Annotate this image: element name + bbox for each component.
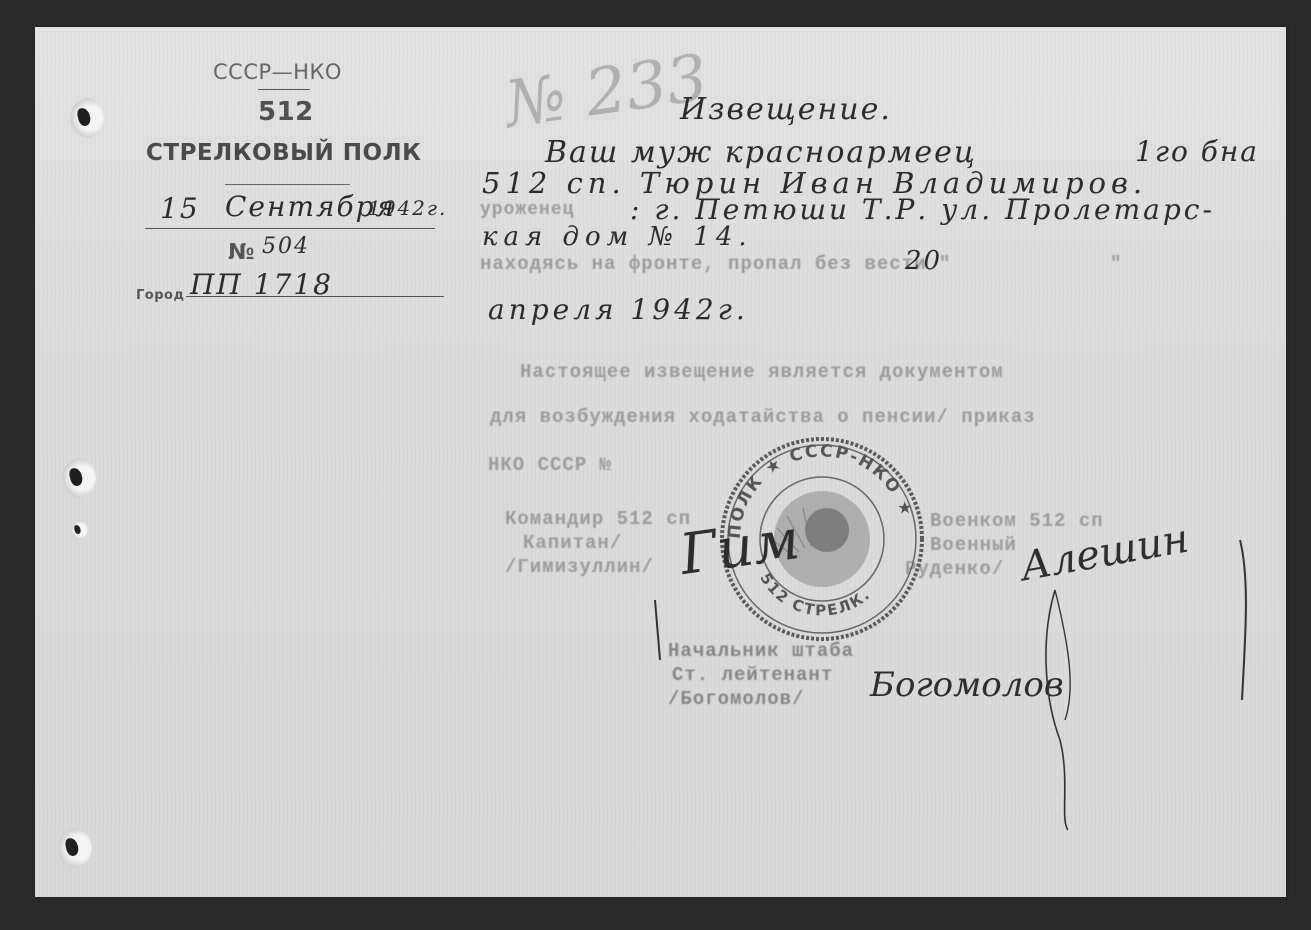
signature-strokes bbox=[0, 0, 1311, 930]
